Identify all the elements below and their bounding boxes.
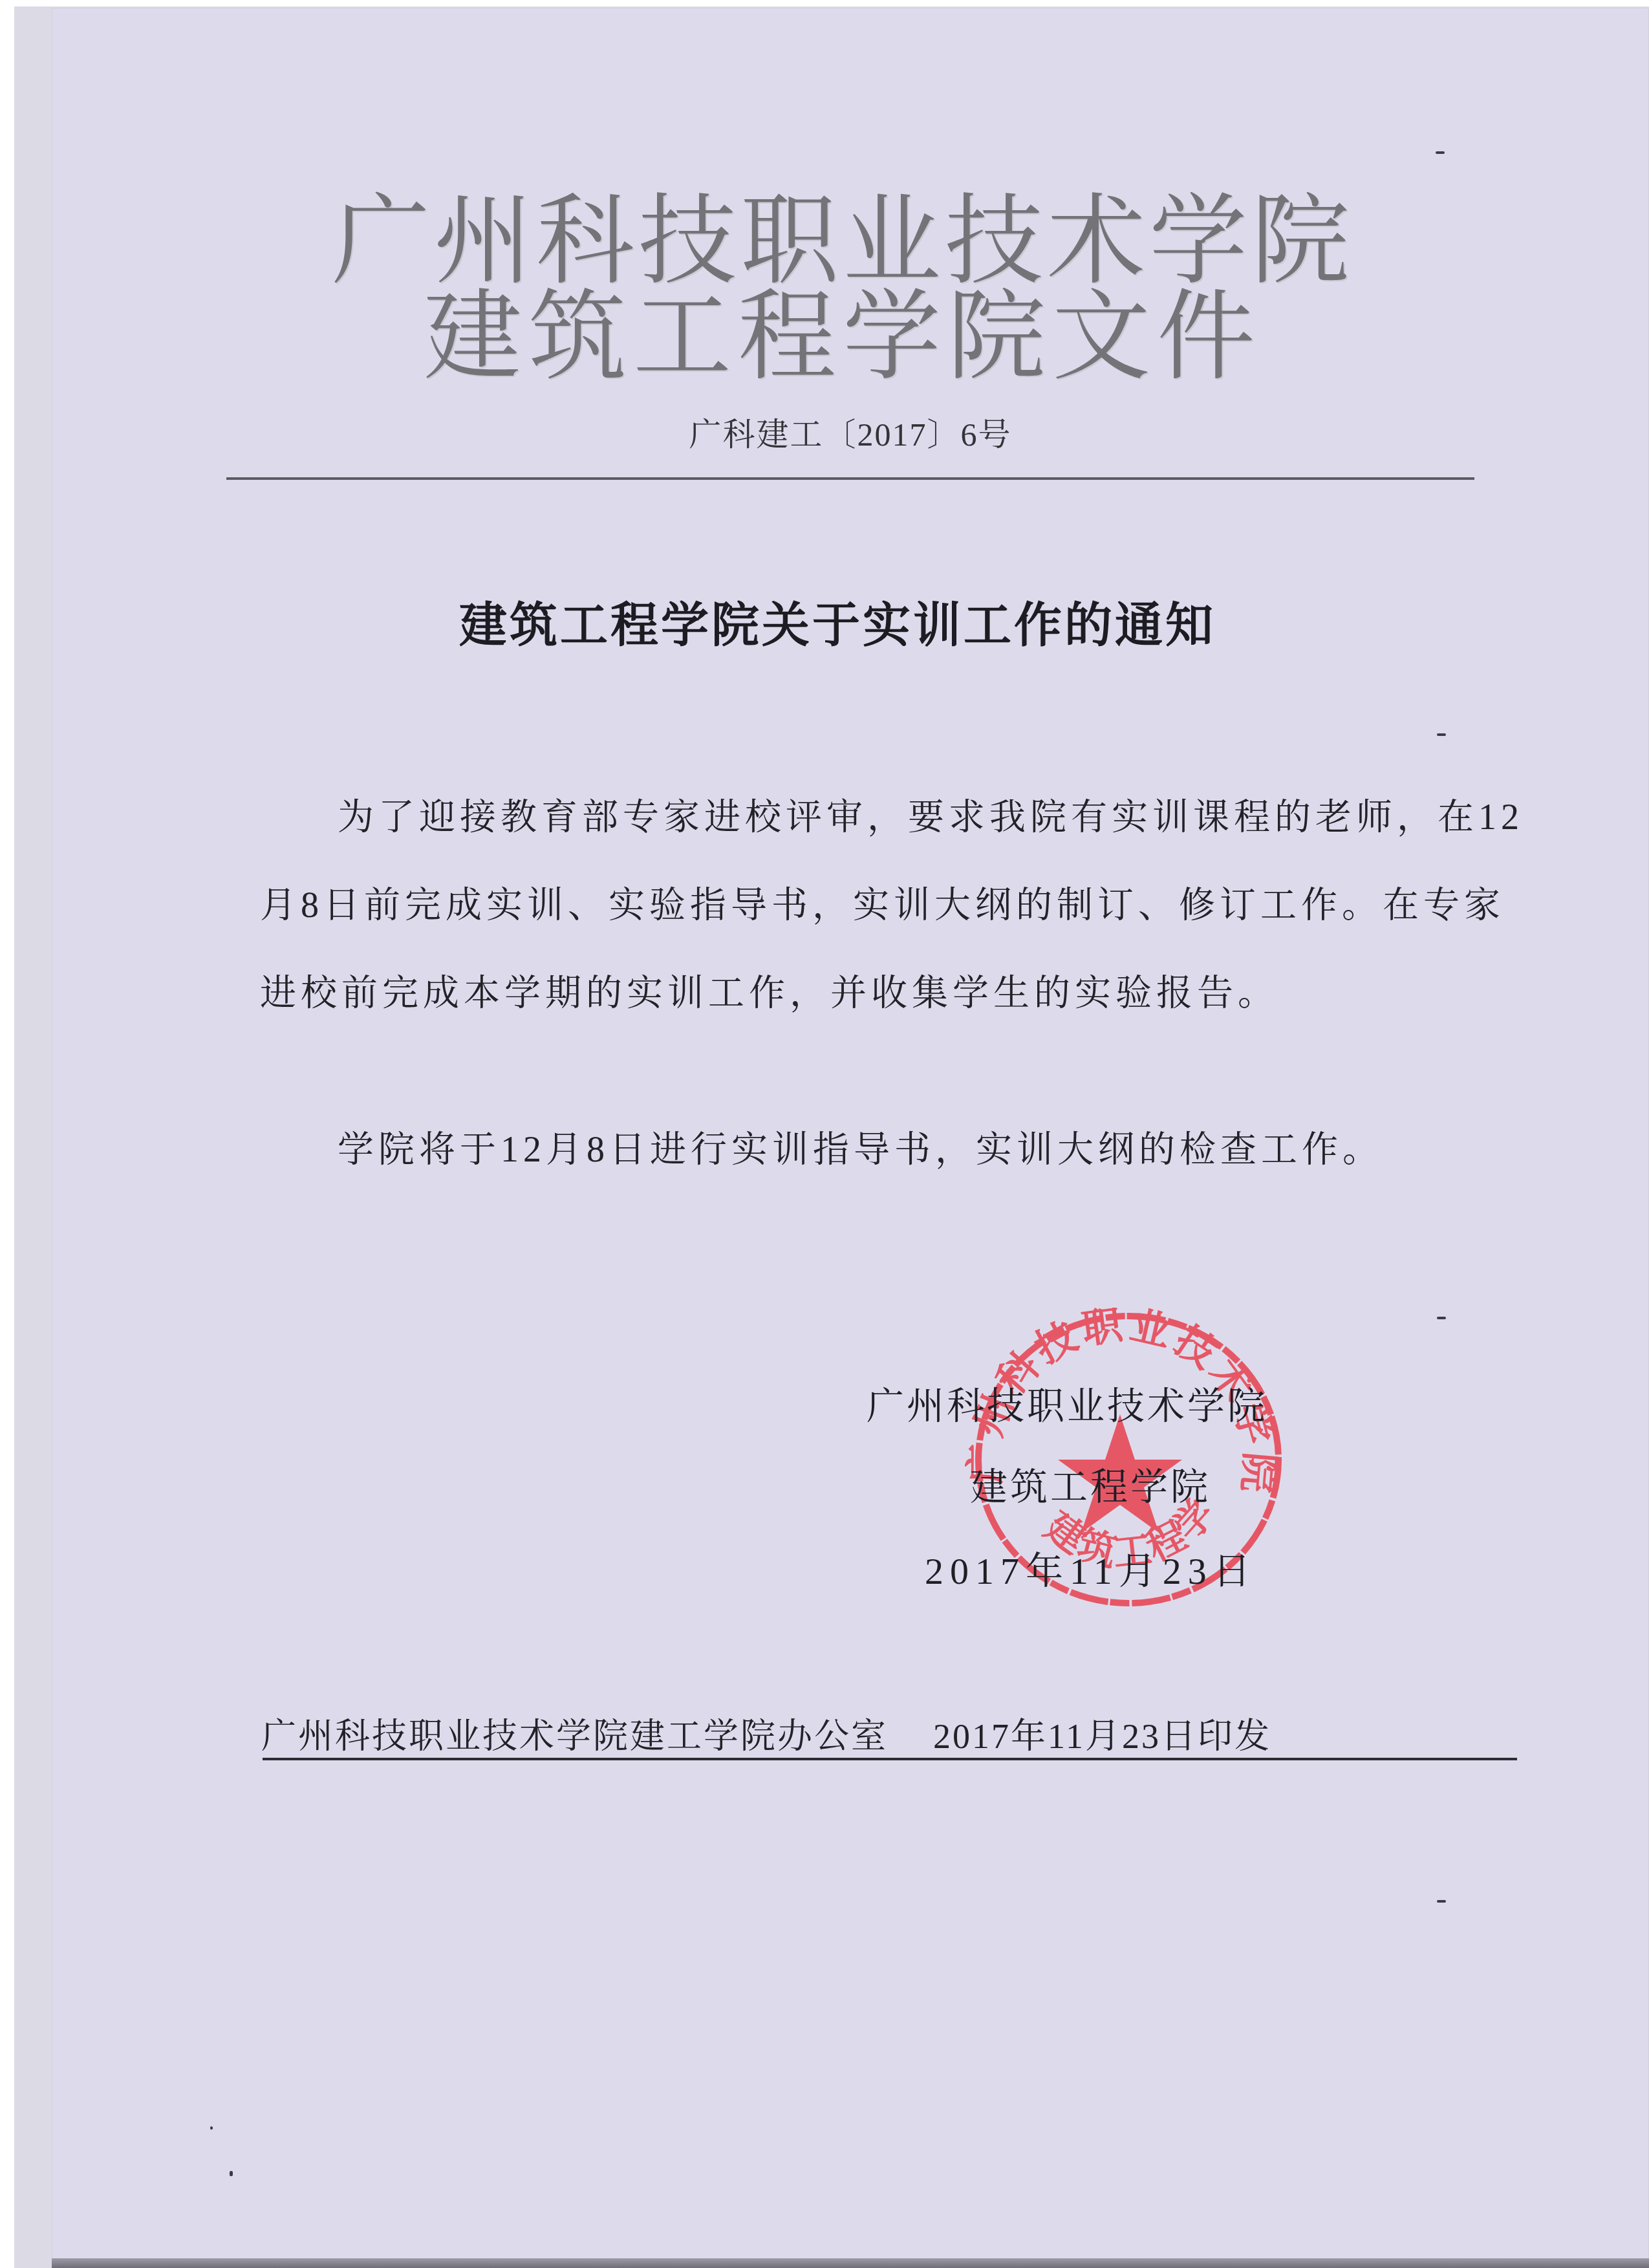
scan-speck bbox=[1437, 1900, 1446, 1903]
page-bottom-edge bbox=[52, 2258, 1649, 2268]
masthead-institution: 广州科技职业技术学院 bbox=[44, 190, 1641, 294]
masthead-document-type: 建筑工程学院文件 bbox=[44, 286, 1641, 389]
document-title: 建筑工程学院关于实训工作的通知 bbox=[39, 593, 1636, 658]
paragraph-text: 为了迎接教育部专家进校评审，要求我院有实训课程的老师，在12月8日前完成实训、实… bbox=[260, 773, 1527, 1037]
signature-department: 建筑工程学院 bbox=[970, 1456, 1211, 1511]
header-divider bbox=[226, 477, 1474, 480]
signature-date: 2017年11月23日 bbox=[925, 1540, 1257, 1595]
document-number: 广科建工〔2017〕6号 bbox=[52, 415, 1649, 454]
issue-date: 2017年11月23日印发 bbox=[933, 1717, 1271, 1756]
scan-speck bbox=[1437, 1317, 1446, 1319]
body-paragraph-1: 为了迎接教育部专家进校评审，要求我院有实训课程的老师，在12月8日前完成实训、实… bbox=[260, 773, 1527, 1037]
issuer-office: 广州科技职业技术学院建工学院办公室 bbox=[261, 1717, 888, 1756]
footer-underline bbox=[263, 1758, 1517, 1760]
body-paragraph-2: 学院将于12月8日进行实训指导书，实训大纲的检查工作。 bbox=[260, 1106, 1527, 1194]
paragraph-text: 学院将于12月8日进行实训指导书，实训大纲的检查工作。 bbox=[260, 1106, 1527, 1194]
issuance-line: 广州科技职业技术学院建工学院办公室2017年11月23日印发 bbox=[261, 1709, 1522, 1758]
scan-speck bbox=[210, 2126, 213, 2130]
signature-organization: 广州科技职业技术学院 bbox=[867, 1376, 1267, 1430]
scan-speck bbox=[1436, 151, 1445, 154]
scan-speck bbox=[1437, 733, 1446, 736]
document-page: 广州科技职业技术学院 建筑工程学院文件 广科建工〔2017〕6号 建筑工程学院关… bbox=[52, 8, 1649, 2265]
scan-speck bbox=[230, 2171, 233, 2176]
